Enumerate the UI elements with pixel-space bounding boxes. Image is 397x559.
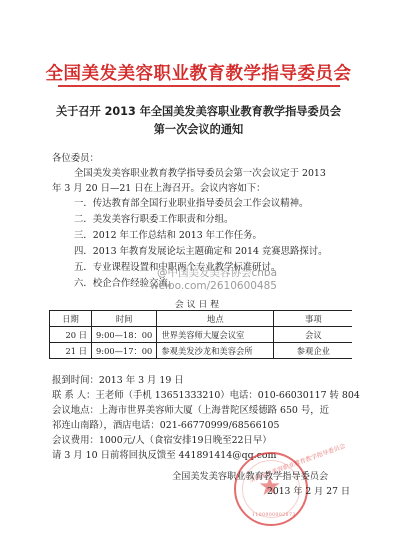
venue-line-1: 会议地点：上海市世界美容师大厦（上海普陀区绥德路 650 号，近 [52, 404, 329, 417]
notice-title-line2: 第一次会议的通知 [0, 121, 397, 137]
meeting-fee: 会议费用：1000元/人（食宿安排19日晚至22日早） [52, 434, 272, 447]
table-row: 20 日 9:00—18：00 世界美容师大厦会议室 会议 [50, 327, 353, 343]
cell-date: 20 日 [50, 327, 92, 343]
letterhead-divider [58, 85, 340, 87]
cell-time: 9:00—18：00 [92, 327, 157, 343]
reply-instruction: 请 3 月 10 日前将回执反馈至 441891414@qq.com [52, 449, 276, 462]
header-item: 事项 [274, 311, 353, 327]
cell-date: 21 日 [50, 343, 92, 359]
report-time: 报到时间：2013 年 3 月 19 日 [52, 374, 184, 387]
watermark-line2: weibo.com/2610600485 [150, 280, 277, 292]
cell-place: 参观美发沙龙和美容会所 [157, 343, 274, 359]
agenda-item: 三．2012 年工作总结和 2013 年工作任务。 [74, 229, 262, 242]
header-place: 地点 [157, 311, 274, 327]
table-row: 21 日 9:00—17：00 参观美发沙龙和美容会所 参观企业 [50, 343, 353, 359]
table-header-row: 日期 时间 地点 事项 [50, 311, 353, 327]
header-time: 时间 [92, 311, 157, 327]
cell-item: 会议 [274, 327, 353, 343]
cell-place: 世界美容师大厦会议室 [157, 327, 274, 343]
schedule-table: 日期 时间 地点 事项 20 日 9:00—18：00 世界美容师大厦会议室 会… [49, 310, 352, 359]
signature-organization: 全国美发美容职业教育教学指导委员会 [172, 468, 328, 482]
header-date: 日期 [50, 311, 92, 327]
signature-date: 2013 年 2 月 27 日 [267, 483, 350, 497]
salutation: 各位委员： [52, 152, 99, 165]
letterhead-organization: 全国美发美容职业教育教学指导委员会 [0, 60, 397, 85]
watermark-line1: @中国美发美容协会cnba [157, 265, 277, 280]
intro-line-1: 全国美发美容职业教育教学指导委员会第一次会议定于 2013 [74, 167, 326, 180]
notice-title-line1: 关于召开 2013 年全国美发美容职业教育教学指导委员会 [0, 103, 397, 119]
schedule-caption: 会议日程 [0, 297, 397, 310]
intro-line-2: 年 3 月 20 日—21 日在上海召开。会议内容如下： [52, 182, 265, 195]
venue-line-2: 祁连山南路），酒店电话：021-66770999/68566105 [52, 419, 279, 432]
contact: 联 系 人：王老师（手机 13651333210）电话：010-66030117… [52, 389, 360, 402]
agenda-item: 一．传达教育部全国行业职业指导委员会工作会议精神。 [74, 197, 308, 210]
cell-item: 参观企业 [274, 343, 353, 359]
cell-time: 9:00—17：00 [92, 343, 157, 359]
stamp-number: 1100000002873 [252, 513, 296, 518]
agenda-item: 二．美发美容行职委工作职责和分组。 [74, 213, 233, 226]
agenda-item: 四．2013 年教育发展论坛主题确定和 2014 竞赛思路探讨。 [74, 245, 328, 258]
